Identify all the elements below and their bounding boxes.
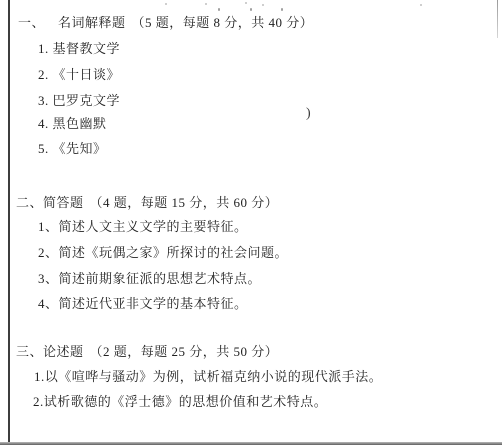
- question-item: 1、简述人文主义文学的主要特征。: [38, 219, 248, 235]
- question-item: 4、简述近代亚非文学的基本特征。: [38, 296, 248, 312]
- section-3-title: 论述题: [43, 344, 84, 360]
- section-2-score-info: （4 题，每题 15 分，共 60 分）: [90, 195, 279, 211]
- section-1-title: 名词解释题: [58, 15, 126, 31]
- scan-noise: [165, 3, 167, 5]
- section-1-number: 一、: [18, 15, 45, 30]
- question-item: 2. 《十日谈》: [38, 67, 120, 83]
- question-item: 2.试析歌德的《浮士德》的思想价值和艺术特点。: [33, 394, 327, 410]
- stray-parenthesis-mark: ): [306, 106, 311, 122]
- scan-noise: [281, 8, 283, 11]
- page-right-edge-line: [497, 0, 498, 38]
- question-item: 1.以《喧哗与骚动》为例，试析福克纳小说的现代派手法。: [34, 369, 382, 385]
- scan-noise: [250, 8, 252, 11]
- section-2-heading: 二、简答题（4 题，每题 15 分，共 60 分）: [16, 195, 278, 211]
- question-item: 3、简述前期象征派的思想艺术特点。: [38, 271, 261, 287]
- section-1-score-info: （5 题，每题 8 分，共 40 分）: [132, 15, 314, 31]
- scan-noise: [262, 4, 264, 6]
- question-item: 4. 黑色幽默: [38, 116, 107, 132]
- exam-paper-scan: 一、名词解释题（5 题，每题 8 分，共 40 分） 1. 基督教文学 2. 《…: [0, 0, 502, 445]
- section-3-score-info: （2 题，每题 25 分，共 50 分）: [90, 344, 279, 360]
- section-2-title: 简答题: [43, 195, 84, 211]
- question-item: 2、简述《玩偶之家》所探讨的社会问题。: [38, 245, 288, 261]
- section-2-number: 二、: [16, 195, 43, 210]
- section-3-heading: 三、论述题（2 题，每题 25 分，共 50 分）: [16, 344, 278, 360]
- scan-noise: [245, 2, 247, 4]
- section-1-heading: 一、名词解释题（5 题，每题 8 分，共 40 分）: [18, 15, 313, 31]
- question-item: 1. 基督教文学: [38, 41, 120, 57]
- scan-noise: [205, 3, 207, 5]
- section-3-number: 三、: [16, 344, 43, 359]
- page-left-border-line: [8, 0, 10, 445]
- question-item: 5. 《先知》: [38, 141, 107, 157]
- scan-noise: [420, 4, 422, 6]
- scan-noise: [218, 8, 220, 11]
- question-item: 3. 巴罗克文学: [38, 93, 120, 109]
